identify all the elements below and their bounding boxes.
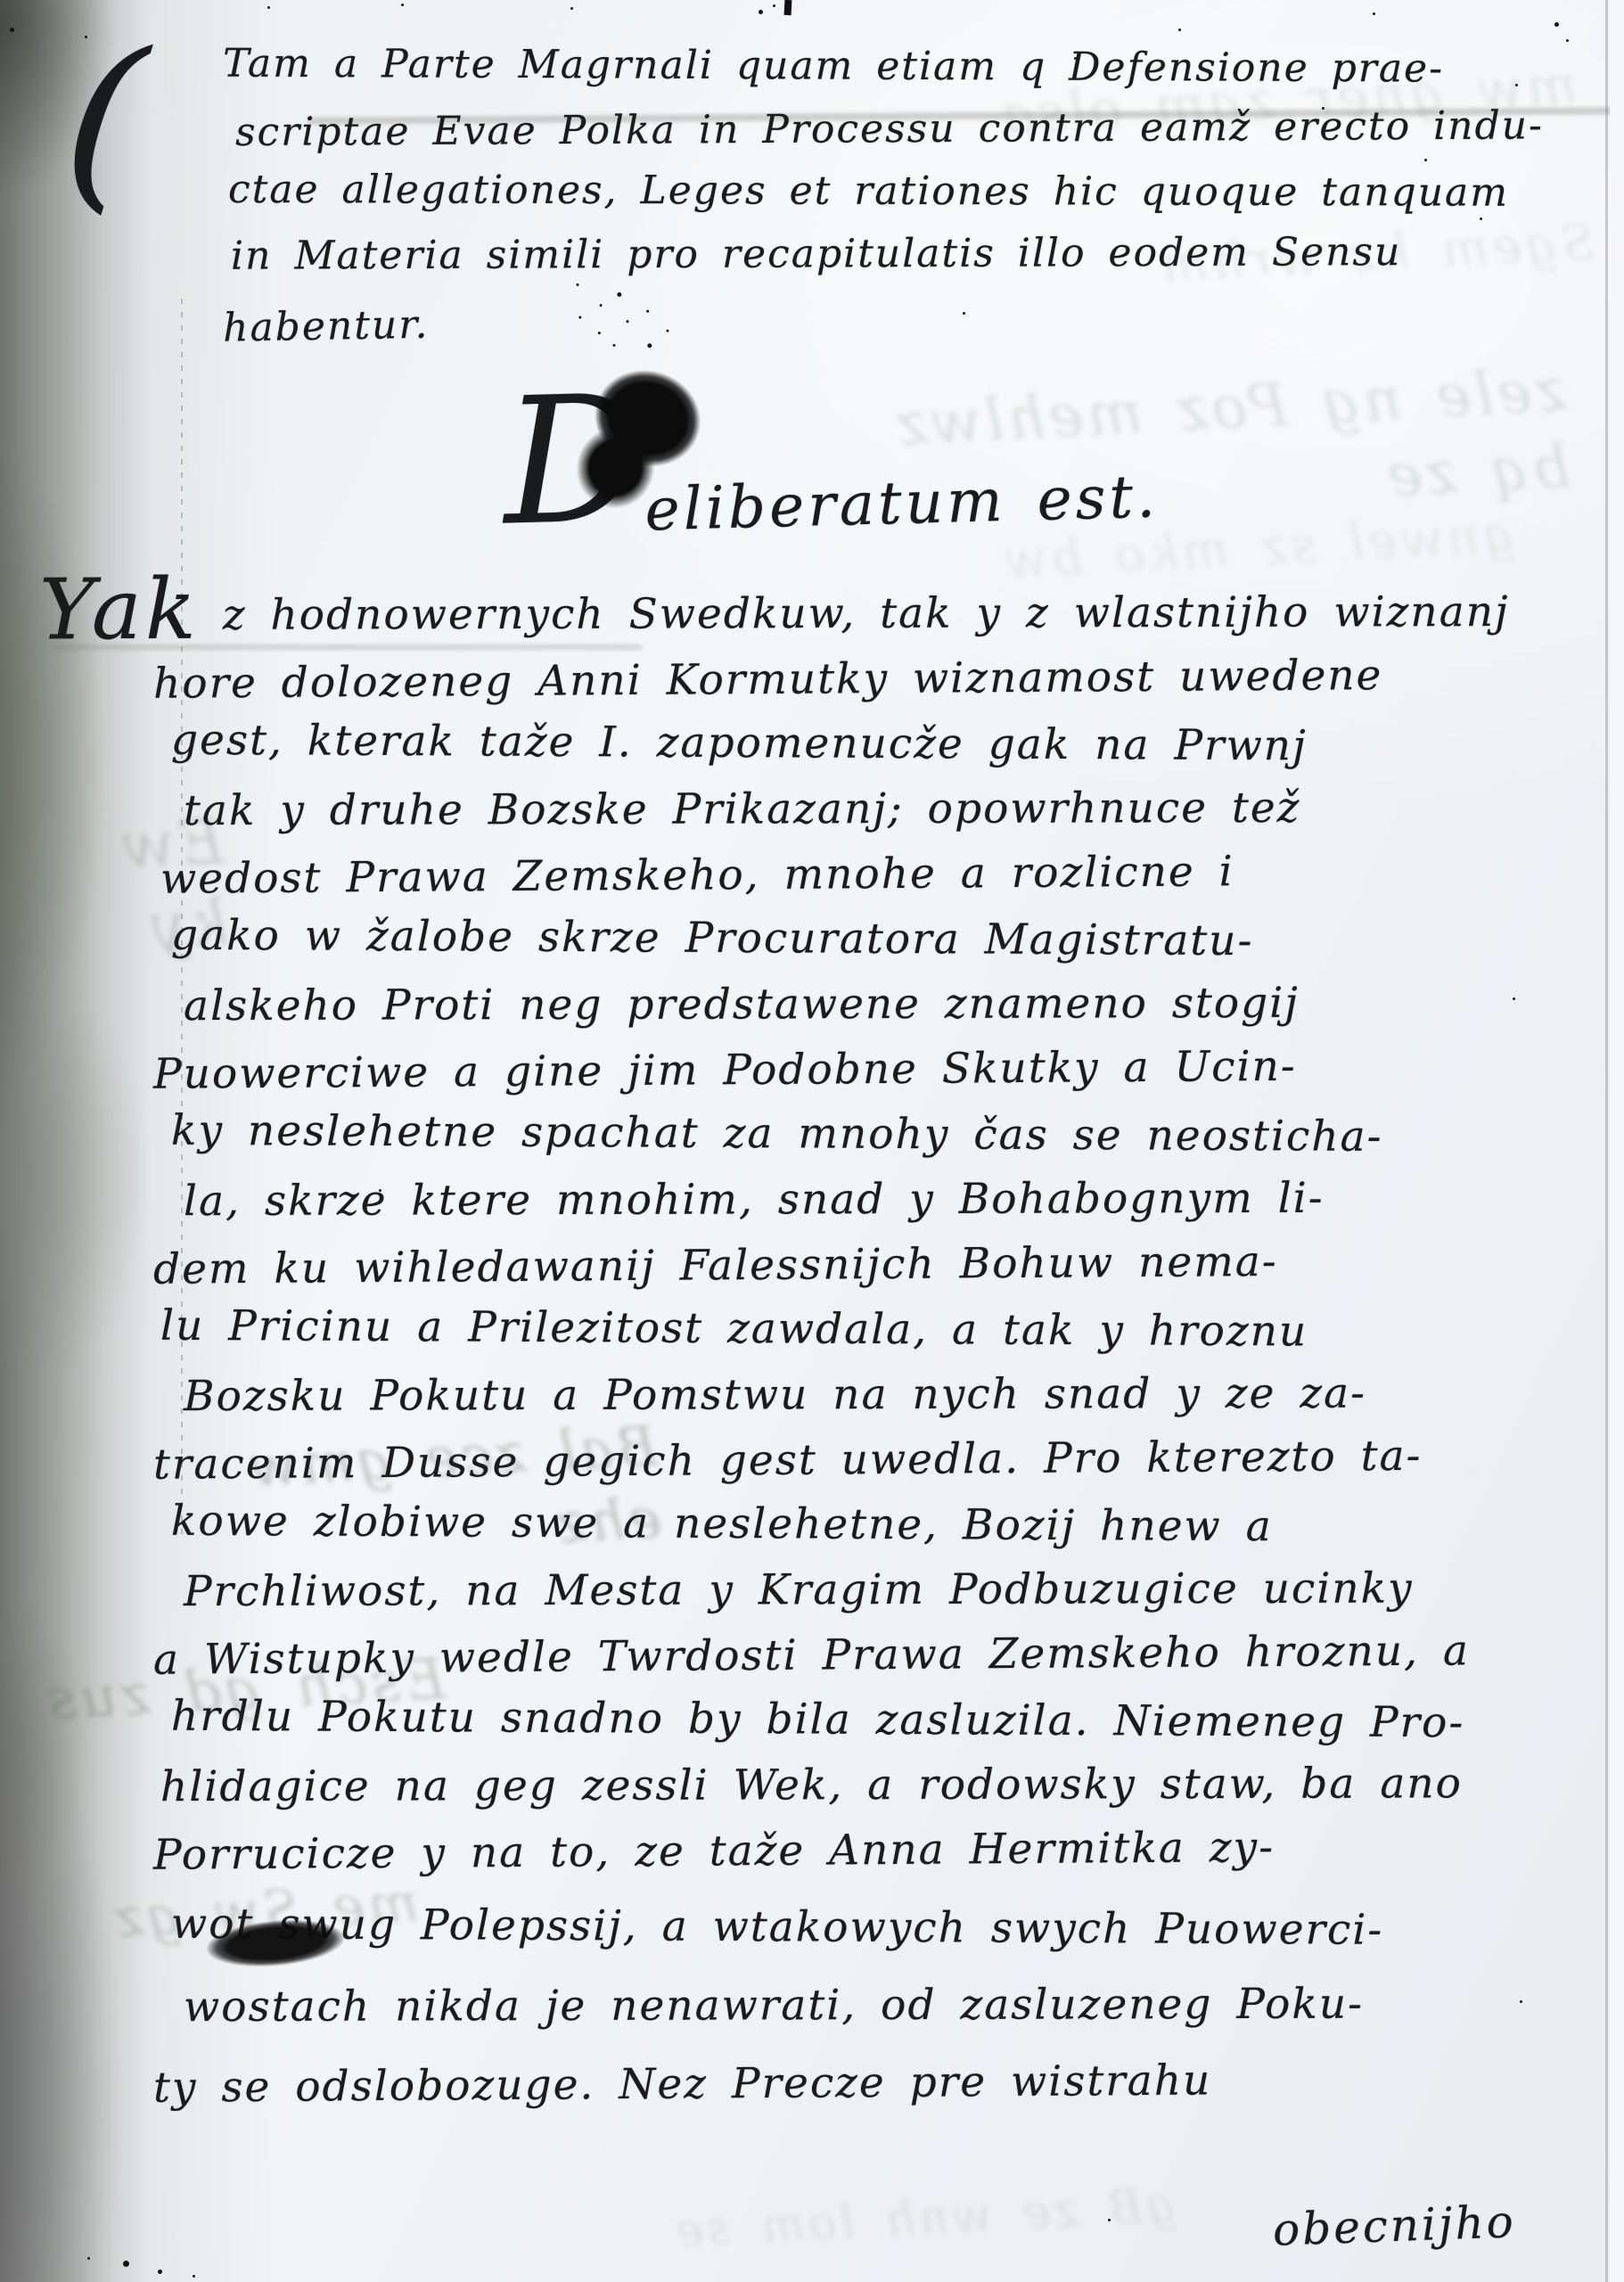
manuscript-line: hrdlu Pokutu snadno by bila zasluzila. N…	[171, 1684, 1620, 1757]
manuscript-line: hlidagice na geg zessli Wek, a rodowsky …	[160, 1751, 1620, 1819]
manuscript-line: kowe zlobiwe swe a neslehetne, Bozij hne…	[171, 1489, 1620, 1562]
opening-bracket-flourish: (	[57, 20, 153, 218]
first-line-lead-word: Yak	[39, 562, 200, 659]
manuscript-line: Prchliwost, na Mesta y Kragim Podbuzugic…	[184, 1556, 1620, 1624]
manuscript-line: a Wistupky wedle Twrdosti Prawa Zemskeho…	[153, 1617, 1620, 1692]
manuscript-line: lu Pricinu a Prilezitost zawdala, a tak …	[160, 1293, 1620, 1367]
manuscript-scan-page: mw gner zgm olsaSgem kz wrhmzele ng Poz …	[0, 0, 1624, 2282]
first-line-text: z hodnowernych Swedkuw, tak y z wlastnij…	[223, 587, 1510, 640]
manuscript-line: gest, kterak taže I. zapomenucže gak na …	[171, 708, 1620, 781]
manuscript-line: gako w žalobe skrze Procuratora Magistra…	[171, 903, 1620, 976]
body-section: Yakz hodnowernych Swedkuw, tak y z wlast…	[153, 576, 1620, 2115]
manuscript-line: alskeho Proti neg predstawene znameno st…	[184, 970, 1620, 1038]
manuscript-line: wedost Prawa Zemskeho, mnohe a rozlicne …	[160, 836, 1620, 911]
manuscript-line: Tam a Parte Magrnali quam etiam q Defens…	[223, 33, 1618, 102]
manuscript-line: wot swug Polepssij, a wtakowych swych Pu…	[171, 1892, 1620, 1965]
manuscript-line: ky neslehetne spachat za mnohy čas se ne…	[171, 1098, 1620, 1171]
ghost-showthrough-text: gB ze wnh lom se	[463, 2176, 1177, 2273]
manuscript-line: wostach nikda je nenawrati, od zasluzene…	[184, 1971, 1620, 2040]
manuscript-line: hore dolozeneg Anni Kormutky wiznamost u…	[153, 641, 1620, 716]
manuscript-line: tak y druhe Bozske Prikazanj; opowrhnuce…	[184, 775, 1620, 843]
manuscript-line: Puowerciwe a gine jim Podobne Skutky a U…	[153, 1031, 1620, 1106]
catchword: obecnijho	[1272, 2196, 1517, 2255]
manuscript-line: scriptae Evae Polka in Processu contra e…	[235, 94, 1618, 164]
ink-dash-mark	[784, 0, 792, 15]
manuscript-line: la, skrze ktere mnohim, snad y Bohabogny…	[184, 1165, 1620, 1234]
manuscript-line: dem ku wihledawanij Falessnijch Bohuw ne…	[153, 1227, 1620, 1301]
manuscript-line: Bozsku Pokutu a Pomstwu na nych snad y z…	[184, 1360, 1620, 1429]
manuscript-first-line: Yakz hodnowernych Swedkuw, tak y z wlast…	[39, 574, 1620, 649]
latin-preamble-section: ( Tam a Parte Magrnali quam etiam q Defe…	[223, 36, 1618, 348]
manuscript-line: ty se odslobozuge. Nez Precze pre wistra…	[153, 2045, 1620, 2120]
scan-speckles	[0, 0, 3, 3]
manuscript-line: tracenim Dusse gegich gest uwedla. Pro k…	[153, 1422, 1620, 1497]
manuscript-line: ctae allegationes, Leges et rationes hic…	[228, 159, 1618, 225]
manuscript-line: Porrucicze y na to, ze taže Anna Hermitk…	[153, 1812, 1620, 1887]
heading-text: eliberatum est.	[644, 462, 1160, 544]
